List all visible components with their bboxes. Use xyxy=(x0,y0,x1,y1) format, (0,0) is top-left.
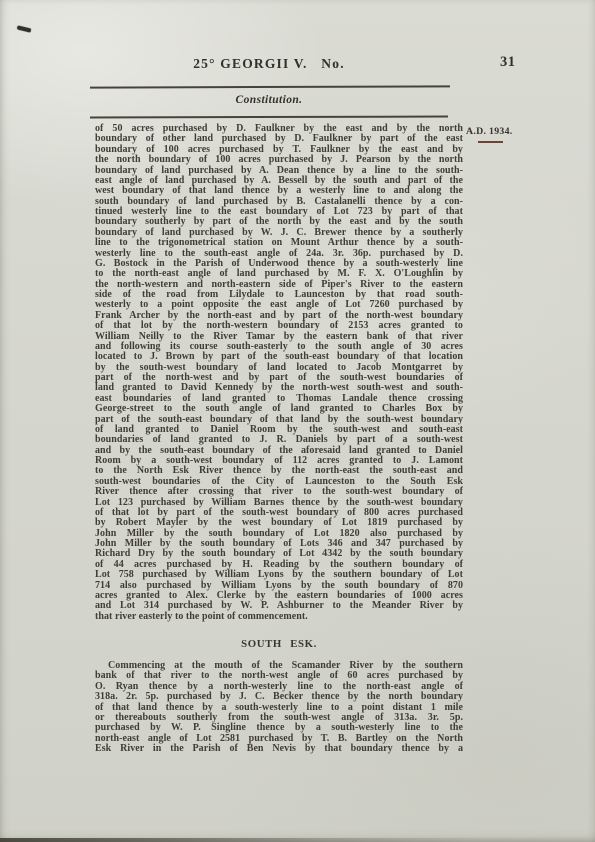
text-line: that river easterly to the point of comm… xyxy=(95,612,463,622)
page-bottom-scan-shadow xyxy=(0,838,595,842)
boundary-description-paragraph: of 50 acres purchased by D. Faulkner by … xyxy=(95,124,463,622)
district-heading-south-esk: SOUTH ESK. xyxy=(95,638,463,650)
text-line: of that lot by the north-western boundar… xyxy=(95,321,463,331)
text-line: 318a. 2r. 5p. purchased by J. C. Becker … xyxy=(95,692,463,702)
south-esk-description-paragraph: Commencing at the mouth of the Scamander… xyxy=(95,661,463,754)
scanned-statute-page: 25° GEORGII V. No. 31 Constitution. A.D.… xyxy=(0,0,595,842)
text-line: George-street to the south angle of land… xyxy=(95,404,463,414)
header-rule-bottom xyxy=(90,116,448,119)
running-section-title: Constitution. xyxy=(88,94,450,106)
text-line: Esk River in the Parish of Ben Nevis by … xyxy=(95,744,463,754)
page-header-title: 25° GEORGII V. No. xyxy=(88,56,450,72)
text-line: Lot 758 purchased by William Lyons by th… xyxy=(95,570,463,580)
text-line: the north boundary of 100 acres purchase… xyxy=(95,155,463,165)
ink-mark-artifact xyxy=(17,25,32,32)
page-number: 31 xyxy=(500,54,516,71)
text-line: line to the trigonometrical station on M… xyxy=(95,238,463,248)
margin-note-year: A.D. 1934. xyxy=(466,126,530,137)
header-rule-top xyxy=(90,85,450,88)
body-text-column: of 50 acres purchased by D. Faulkner by … xyxy=(95,124,463,754)
margin-note-rule xyxy=(478,141,503,143)
text-line: River thence after crossing that river t… xyxy=(95,487,463,497)
